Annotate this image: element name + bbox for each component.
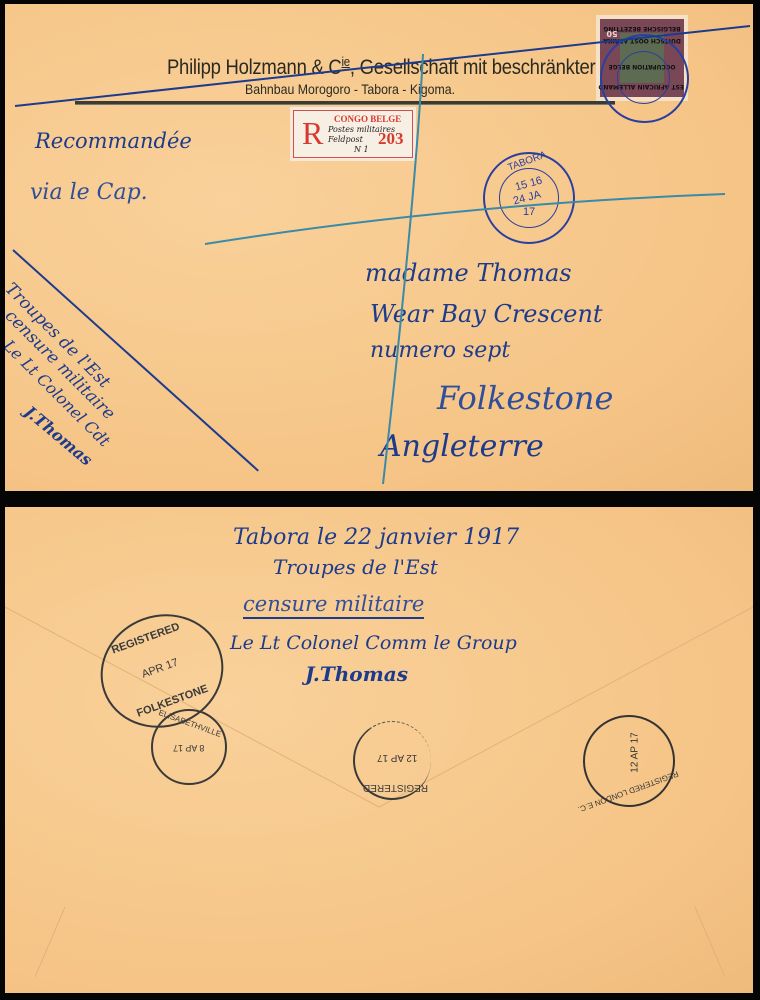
right-round-date: 12 AP 17	[630, 732, 641, 772]
small-round-date: 8 AP 17	[173, 743, 204, 753]
back-line-2: Troupes de l'Est	[273, 555, 438, 579]
ink-strokes	[5, 4, 753, 491]
envelope-front: Philipp Holzmann & Cie, Gesellschaft mit…	[5, 4, 753, 491]
middle-round-date: 12 AP 17	[377, 752, 417, 763]
back-line-1: Tabora le 22 janvier 1917	[233, 525, 519, 550]
back-line-4: Le Lt Colonel Comm le Group	[230, 632, 517, 654]
registered-middle-postmark: 12 AP 17 REGISTERED	[353, 721, 431, 800]
envelope-back: Tabora le 22 janvier 1917 Troupes de l'E…	[5, 507, 753, 993]
back-signature: J.Thomas	[305, 662, 408, 686]
oval-date: APR 17	[140, 656, 180, 680]
back-line-3: censure militaire	[243, 592, 424, 619]
middle-round-text: REGISTERED	[363, 782, 428, 793]
london-registered-postmark: 12 AP 17 REGISTERED LONDON E.C.	[583, 715, 675, 807]
elisabethville-postmark: ELISABETHVILLE 8 AP 17	[151, 709, 227, 785]
